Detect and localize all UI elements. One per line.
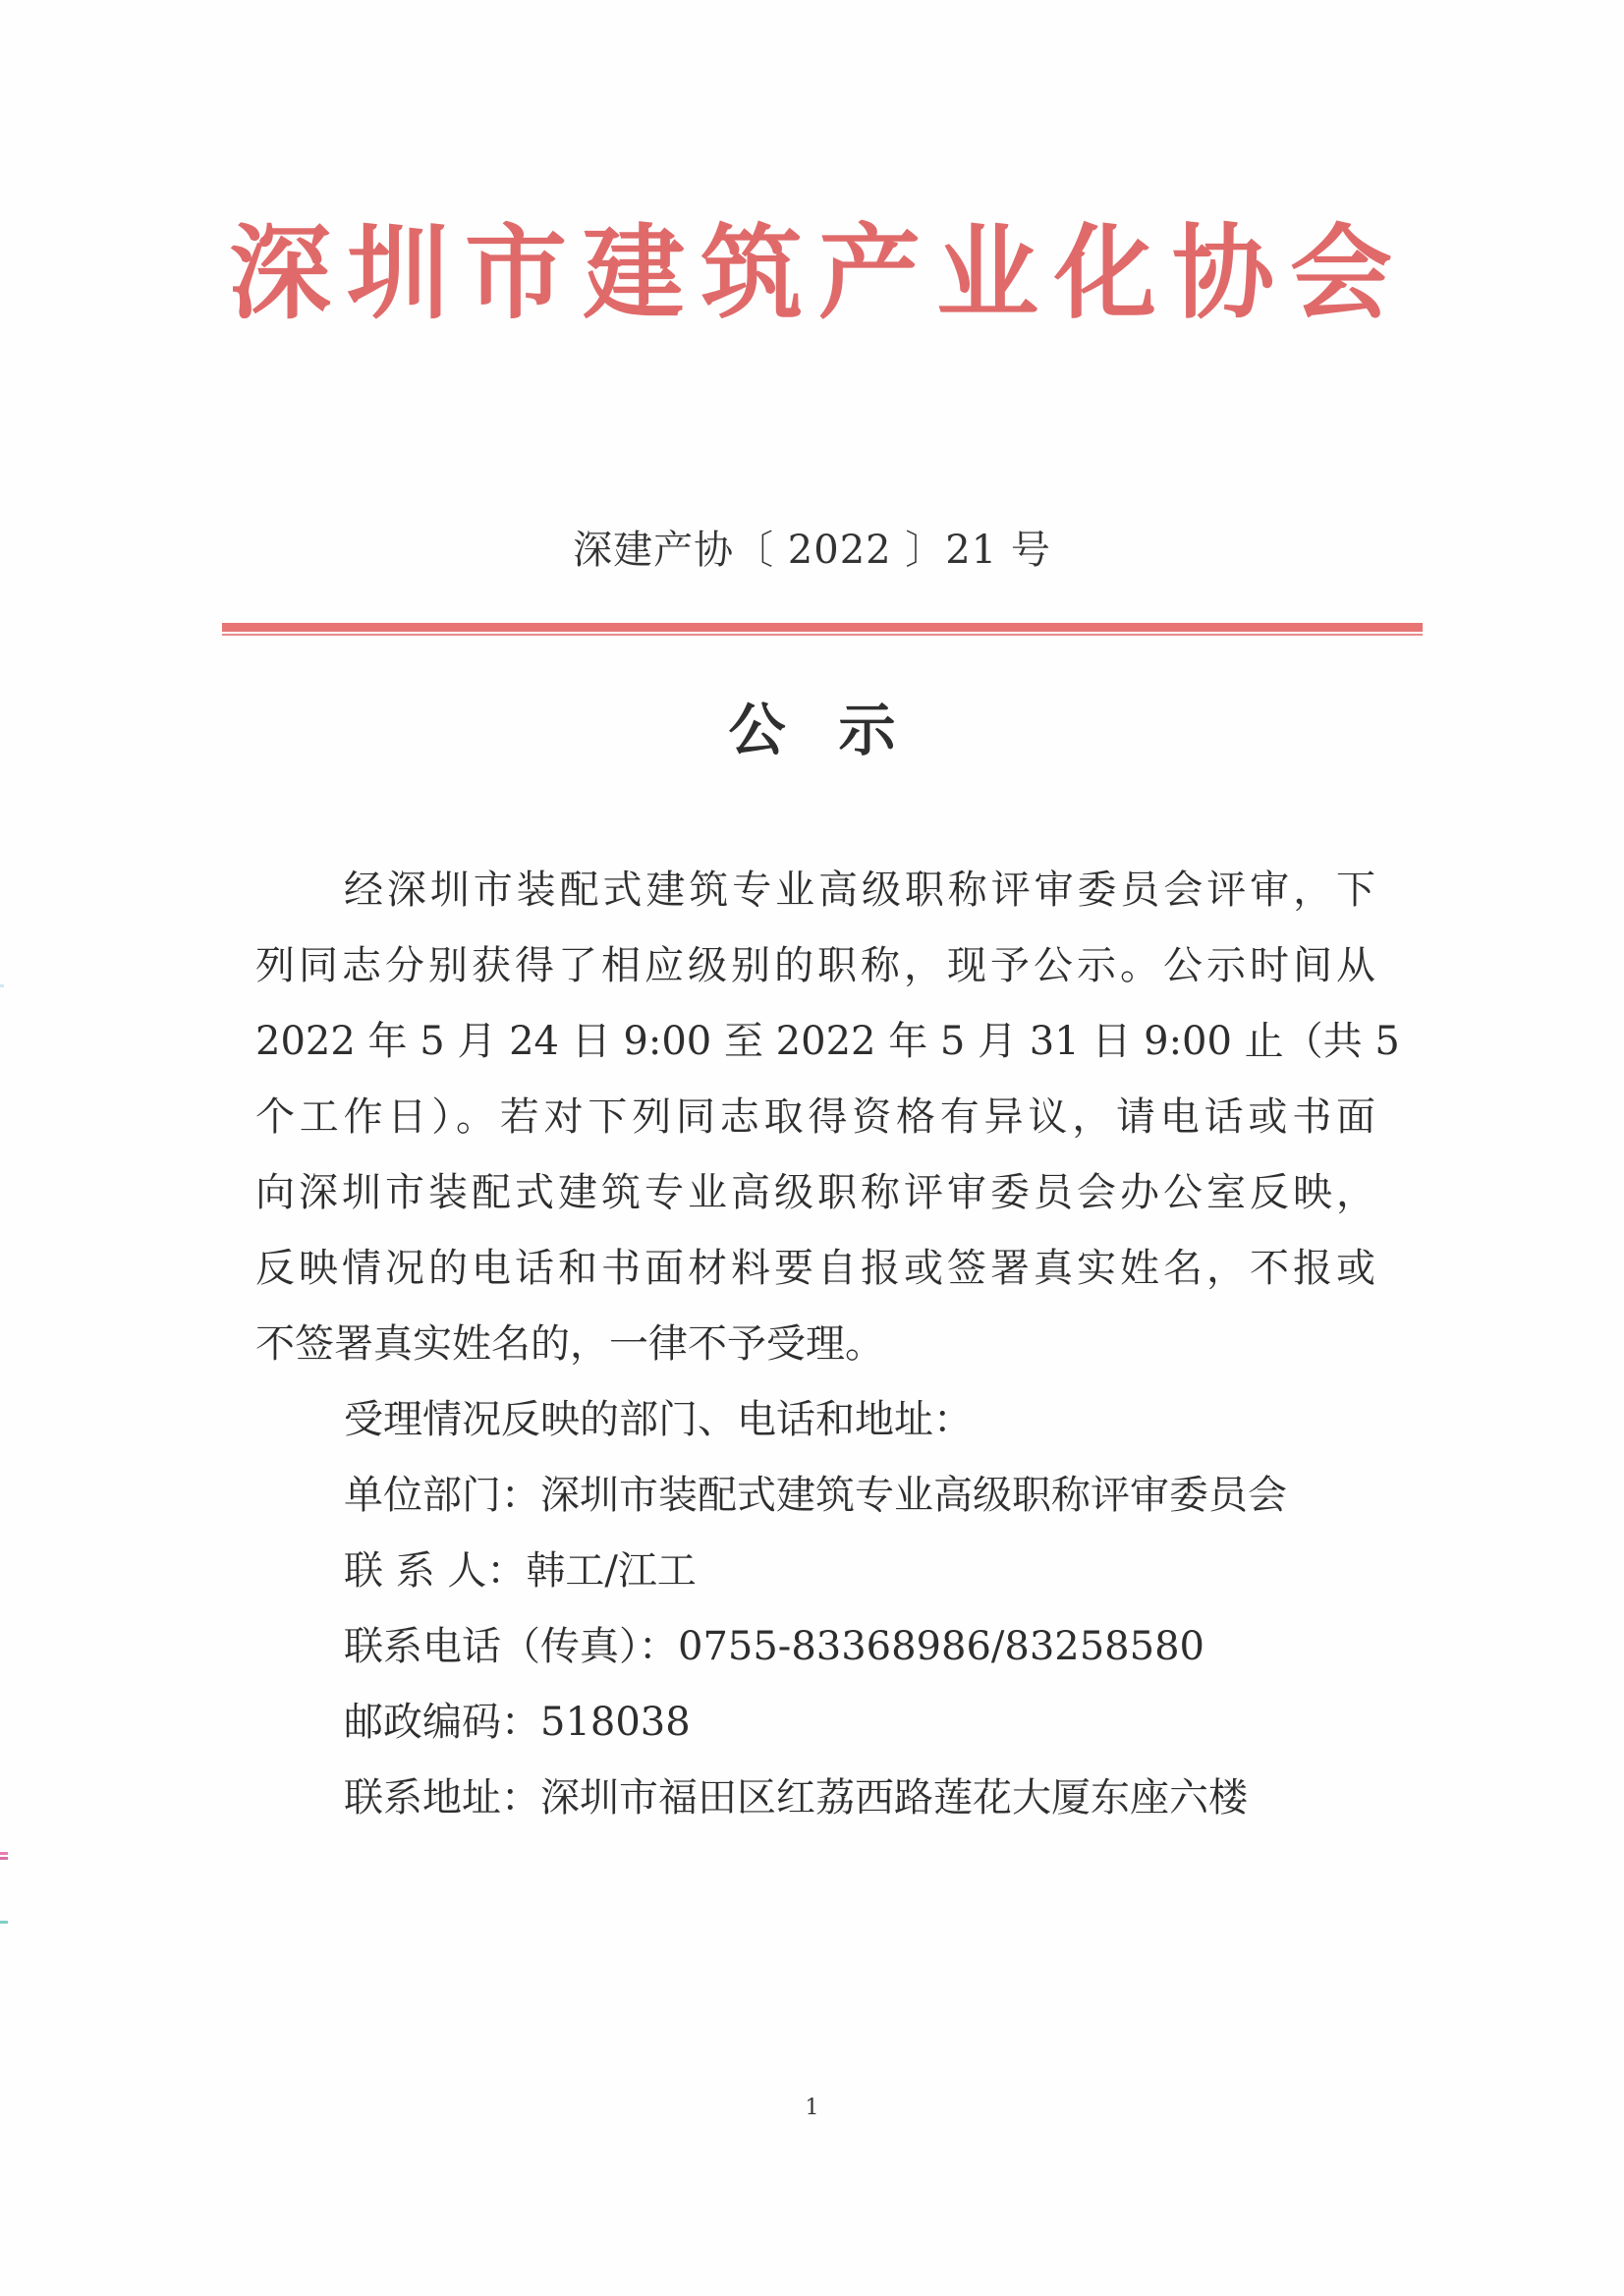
masthead-char: 产 (811, 222, 928, 324)
paragraph-line: 向深圳市装配式建筑专业高级职称评审委员会办公室反映， (255, 1173, 1375, 1212)
masthead-char: 圳 (339, 222, 457, 324)
paragraph-line: 列同志分别获得了相应级别的职称，现予公示。公示时间从 (255, 946, 1375, 985)
contact-label: 邮政编码： (344, 1700, 540, 1745)
paragraph-line: 反映情况的电话和书面材料要自报或签署真实姓名，不报或 (255, 1249, 1375, 1288)
masthead-char: 市 (457, 222, 575, 324)
scan-artifact (0, 984, 4, 987)
document-title: 公示 (0, 684, 1624, 766)
document-number: 深建产协〔 2022 〕21 号 (0, 519, 1624, 575)
paragraph-line: 经深圳市装配式建筑专业高级职称评审委员会评审，下 (344, 870, 1375, 910)
paragraph-line: 2022 年 5 月 24 日 9:00 至 2022 年 5 月 31 日 9… (255, 1022, 1375, 1061)
paragraph-line: 不签署真实姓名的，一律不予受理。 (255, 1324, 1375, 1364)
contact-postcode: 邮政编码：518038 (344, 1703, 691, 1742)
red-divider-rule (222, 623, 1423, 632)
masthead-char: 会 (1282, 222, 1400, 324)
contact-person: 联 系 人：韩工/江工 (344, 1551, 697, 1591)
masthead-char: 筑 (693, 222, 811, 324)
scan-artifact (0, 1921, 8, 1924)
scan-artifact (0, 1852, 8, 1855)
masthead-char: 业 (928, 222, 1046, 324)
page-number: 1 (0, 2096, 1624, 2120)
masthead-char: 协 (1164, 222, 1282, 324)
masthead-char: 深 (221, 222, 339, 324)
contact-phone: 联系电话（传真）：0755-83368986/83258580 (344, 1627, 1204, 1666)
contact-department: 单位部门：深圳市装配式建筑专业高级职称评审委员会 (344, 1476, 1287, 1515)
masthead-char: 建 (575, 222, 693, 324)
red-divider-rule-thin (222, 634, 1423, 636)
org-masthead: 深 圳 市 建 筑 产 业 化 协 会 (221, 214, 1400, 332)
contact-label: 联系电话（传真）： (344, 1624, 678, 1669)
contact-address: 联系地址：深圳市福田区红荔西路莲花大厦东座六楼 (344, 1778, 1248, 1818)
scan-artifact (0, 1857, 8, 1860)
contact-label: 联 系 人： (344, 1548, 526, 1594)
contact-intro: 受理情况反映的部门、电话和地址： (344, 1400, 973, 1439)
contact-value: 0755-83368986/83258580 (678, 1624, 1204, 1669)
contact-value: 韩工/江工 (526, 1548, 696, 1594)
contact-value: 518038 (540, 1700, 691, 1745)
contact-value: 深圳市装配式建筑专业高级职称评审委员会 (540, 1473, 1287, 1518)
paragraph-line: 个工作日）。若对下列同志取得资格有异议，请电话或书面 (255, 1097, 1375, 1137)
masthead-char: 化 (1046, 222, 1164, 324)
contact-label: 联系地址： (344, 1775, 540, 1820)
contact-label: 单位部门： (344, 1473, 540, 1518)
contact-value: 深圳市福田区红荔西路莲花大厦东座六楼 (540, 1775, 1248, 1820)
document-page: 深 圳 市 建 筑 产 业 化 协 会 深建产协〔 2022 〕21 号 公示 … (0, 0, 1624, 2296)
